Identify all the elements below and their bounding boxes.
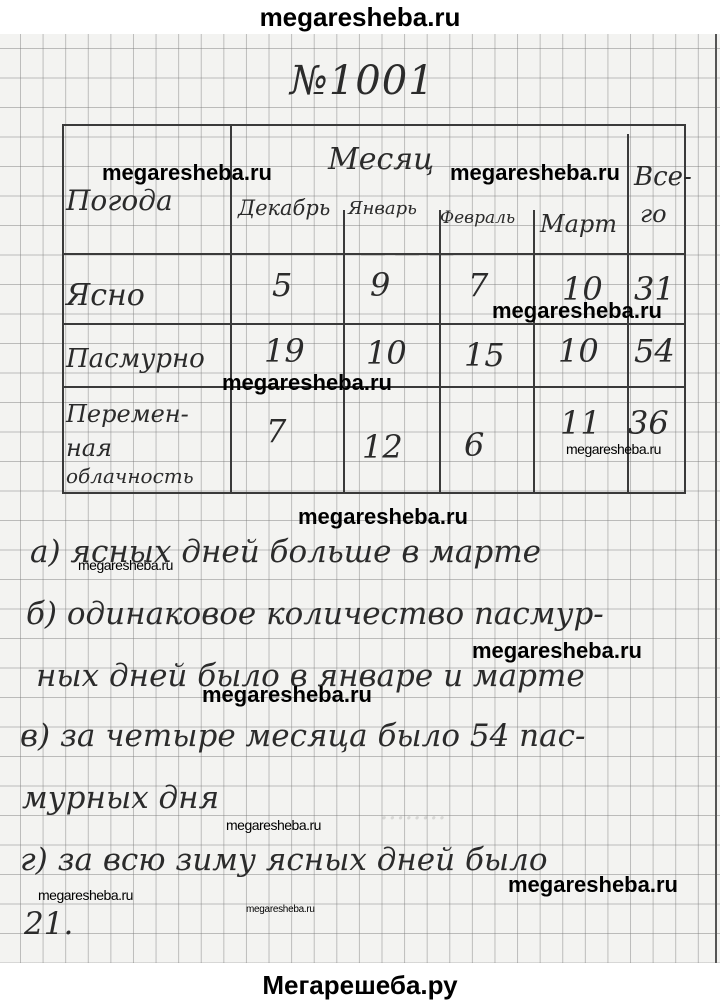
cell-clear-december: 5 <box>272 266 292 304</box>
row-label-variable-line1: Перемен- <box>66 400 189 428</box>
header-february: Февраль <box>440 208 515 228</box>
answer-c-line1: в) за четыре месяца было 54 пас- <box>20 718 585 754</box>
watermark: megaresheba.ru <box>472 638 642 664</box>
cell-overcast-total: 54 <box>634 332 675 370</box>
cell-variable-total: 36 <box>628 404 669 442</box>
watermark: megaresheba.ru <box>226 817 321 833</box>
table-border-left <box>62 124 64 494</box>
row-label-variable-line3: облачность <box>66 464 194 488</box>
answer-c-line2: мурных дня <box>22 780 219 816</box>
row-label-clear: Ясно <box>66 278 145 313</box>
cell-variable-december: 7 <box>266 412 286 450</box>
watermark: megaresheba.ru <box>222 370 392 396</box>
answer-d-line1: г) за всю зиму ясных дней было <box>20 842 548 878</box>
cell-variable-january: 12 <box>362 428 403 466</box>
cell-overcast-january: 10 <box>366 334 407 372</box>
cell-clear-february: 7 <box>468 266 488 304</box>
site-footer-watermark: Мегарешеба.ру <box>0 963 720 1007</box>
watermark: megaresheba.ru <box>202 682 372 708</box>
page-edge <box>715 34 717 963</box>
table-border-bottom <box>62 492 686 494</box>
watermark: megaresheba.ru <box>102 160 272 186</box>
site-header-watermark: megaresheba.ru <box>0 0 720 34</box>
row-label-variable-line2: ная <box>66 434 112 462</box>
exercise-title: №1001 <box>290 58 435 104</box>
table-row-divider <box>62 253 686 255</box>
header-december: Декабрь <box>238 196 330 220</box>
row-label-overcast: Пасмурно <box>66 344 205 374</box>
watermark: megaresheba.ru <box>492 298 662 324</box>
answer-b-line1: б) одинаковое количество пасмур- <box>26 596 604 632</box>
watermark: megaresheba.ru <box>450 160 620 186</box>
cell-overcast-march: 10 <box>558 332 599 370</box>
header-total-line2: го <box>640 200 667 228</box>
cell-clear-january: 9 <box>370 266 390 304</box>
header-march: Март <box>540 210 617 238</box>
cell-overcast-december: 19 <box>264 332 305 370</box>
cell-variable-march: 11 <box>560 404 601 442</box>
cell-overcast-february: 15 <box>464 336 505 374</box>
header-january: Январь <box>348 198 417 219</box>
answer-d-line2: 21. <box>24 906 73 942</box>
watermark: megaresheba.ru <box>78 557 173 573</box>
watermark: megaresheba.ru <box>298 504 468 530</box>
table-border-top <box>62 124 686 126</box>
cell-variable-february: 6 <box>464 426 484 464</box>
watermark: megaresheba.ru <box>508 872 678 898</box>
watermark: megaresheba.ru <box>246 904 315 915</box>
bleed-through-text: ········ <box>380 804 446 834</box>
header-weather: Погода <box>66 184 173 217</box>
header-total-line1: Все- <box>634 162 692 192</box>
watermark: megaresheba.ru <box>566 441 661 457</box>
watermark: megaresheba.ru <box>38 887 133 903</box>
header-month-group: Месяц <box>328 142 434 177</box>
